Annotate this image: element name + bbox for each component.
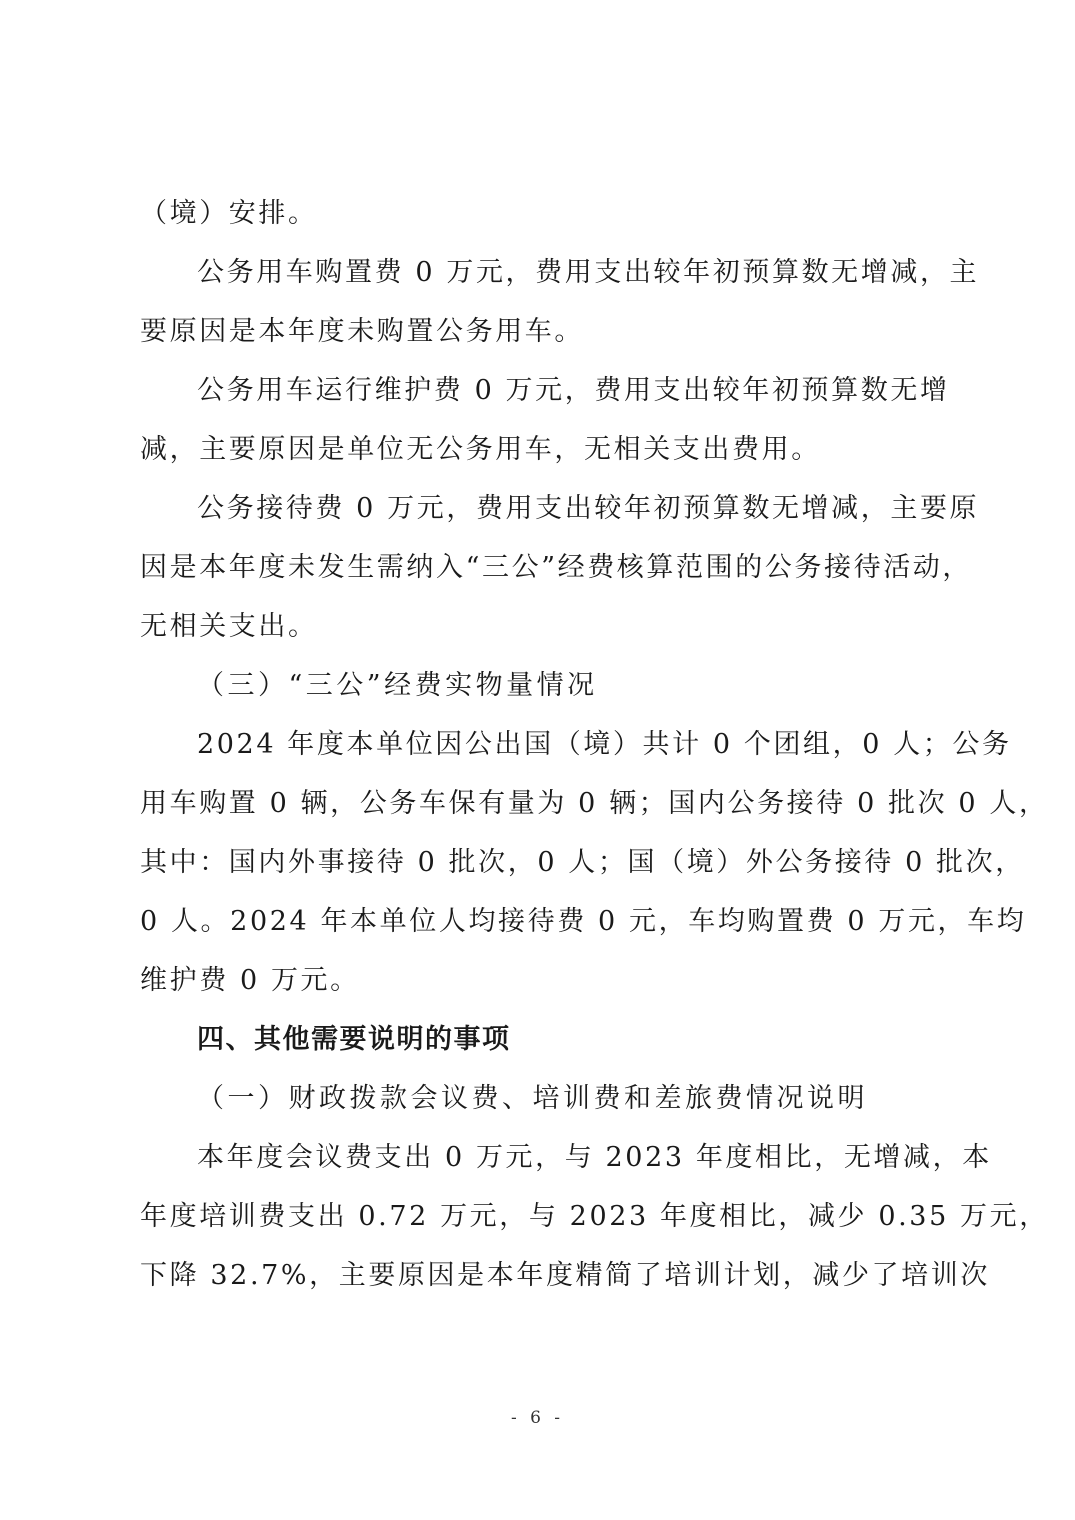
paragraph-line: 要原因是本年度未购置公务用车。 — [140, 314, 940, 350]
paragraph-line: 本年度会议费支出 0 万元，与 2023 年度相比，无增减，本 — [197, 1140, 940, 1176]
paragraph-line: 年度培训费支出 0.72 万元，与 2023 年度相比，减少 0.35 万元， — [140, 1199, 940, 1235]
paragraph-line: 减，主要原因是单位无公务用车，无相关支出费用。 — [140, 432, 940, 468]
page-number: - 6 - — [0, 1408, 1075, 1428]
paragraph-line: 其中：国内外事接待 0 批次，0 人；国（境）外公务接待 0 批次， — [140, 845, 940, 881]
paragraph-line: 公务用车运行维护费 0 万元，费用支出较年初预算数无增 — [197, 373, 940, 409]
paragraph-line: 2024 年度本单位因公出国（境）共计 0 个团组，0 人；公务 — [197, 727, 940, 763]
section-heading: 四、其他需要说明的事项 — [197, 1022, 940, 1058]
paragraph-line: 公务用车购置费 0 万元，费用支出较年初预算数无增减，主 — [197, 255, 940, 291]
paragraph-line: 0 人。2024 年本单位人均接待费 0 元，车均购置费 0 万元，车均 — [140, 904, 940, 940]
paragraph-line: 公务接待费 0 万元，费用支出较年初预算数无增减，主要原 — [197, 491, 940, 527]
section-subheading: （三）“三公”经费实物量情况 — [197, 668, 940, 704]
paragraph-line: 维护费 0 万元。 — [140, 963, 940, 999]
document-page: （境）安排。 公务用车购置费 0 万元，费用支出较年初预算数无增减，主 要原因是… — [0, 0, 1075, 1520]
section-subheading: （一）财政拨款会议费、培训费和差旅费情况说明 — [197, 1081, 940, 1117]
paragraph-line: （境）安排。 — [140, 196, 940, 232]
paragraph-line: 无相关支出。 — [140, 609, 940, 645]
paragraph-line: 用车购置 0 辆，公务车保有量为 0 辆；国内公务接待 0 批次 0 人， — [140, 786, 940, 822]
paragraph-line: 因是本年度未发生需纳入“三公”经费核算范围的公务接待活动， — [140, 550, 940, 586]
paragraph-line: 下降 32.7%，主要原因是本年度精简了培训计划，减少了培训次 — [140, 1258, 940, 1294]
